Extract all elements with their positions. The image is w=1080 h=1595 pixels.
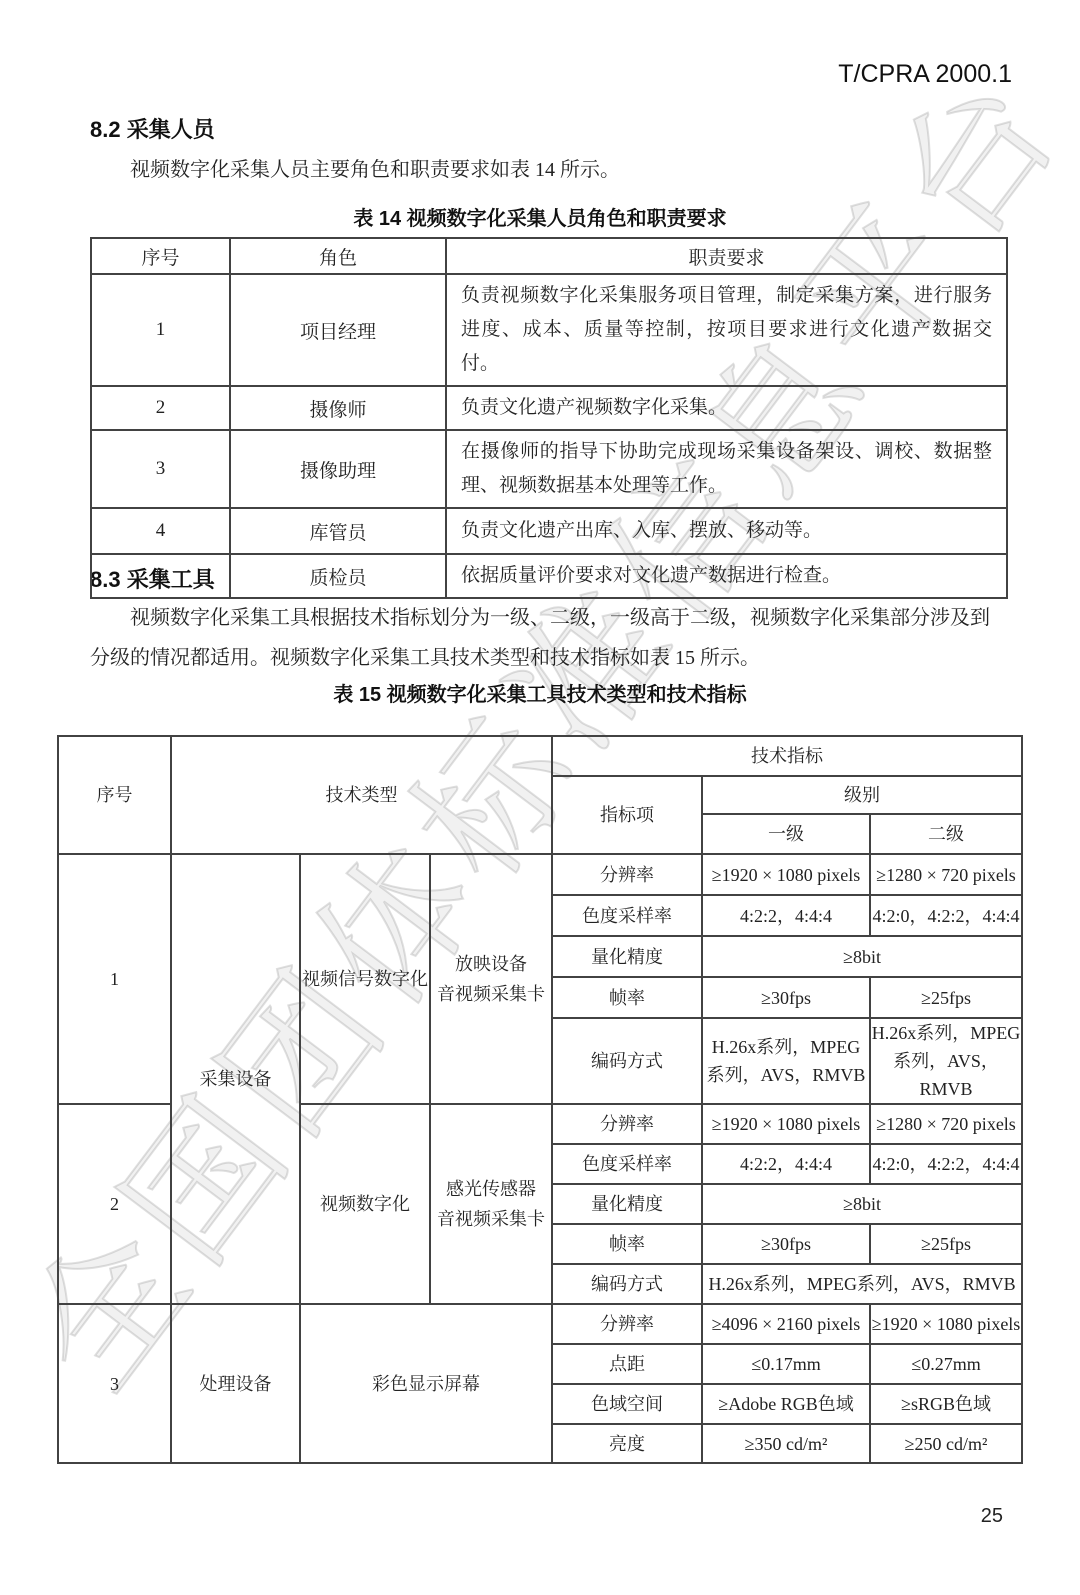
cell-item: 分辨率 [552, 1304, 702, 1344]
cell-level2-value: ≥1920 × 1080 pixels [870, 1304, 1022, 1344]
cell-level2-value: ≥1280 × 720 pixels [870, 854, 1022, 895]
cell-level2-value: ≥25fps [870, 1224, 1022, 1264]
cell-level2-value: 4:2:0，4:2:2，4:4:4 [870, 895, 1022, 936]
device-line-1: 感光传感器 [431, 1174, 551, 1204]
device-line-2: 音视频采集卡 [431, 1204, 551, 1234]
cell-item: 色度采样率 [552, 1144, 702, 1184]
cell-item: 量化精度 [552, 936, 702, 977]
cell-no: 5 [91, 554, 230, 598]
cell-duty: 在摄像师的指导下协助完成现场采集设备架设、调校、数据整理、视频数据基本处理等工作… [446, 430, 1007, 508]
cell-level2-value: ≥250 cd/m² [870, 1424, 1022, 1463]
table-row: 2 摄像师 负责文化遗产视频数字化采集。 [91, 386, 1007, 430]
t15-header-item: 指标项 [552, 776, 702, 854]
cell-role: 质检员 [230, 554, 446, 598]
table-row: 1 采集设备 视频信号数字化 放映设备 音视频采集卡 分辨率 ≥1920 × 1… [58, 854, 1022, 895]
cell-item: 编码方式 [552, 1264, 702, 1304]
cell-no: 2 [58, 1104, 171, 1304]
cell-category: 处理设备 [171, 1304, 300, 1463]
cell-no: 4 [91, 508, 230, 554]
cell-level1-value: ≥Adobe RGB色域 [702, 1384, 870, 1424]
cell-duty: 负责文化遗产出库、入库、摆放、移动等。 [446, 508, 1007, 554]
cell-type: 视频信号数字化 [300, 854, 430, 1104]
cell-level1-value: 4:2:2，4:4:4 [702, 895, 870, 936]
table15-title: 表 15 视频数字化采集工具技术类型和技术指标 [0, 678, 1080, 707]
cell-level1-value: ≥30fps [702, 977, 870, 1018]
cell-level1-value: ≥1920 × 1080 pixels [702, 1104, 870, 1144]
cell-role: 库管员 [230, 508, 446, 554]
cell-level1-value: ≥1920 × 1080 pixels [702, 854, 870, 895]
cell-role: 项目经理 [230, 274, 446, 386]
cell-level1-value: ≥350 cd/m² [702, 1424, 870, 1463]
cell-no: 2 [91, 386, 230, 430]
cell-no: 3 [91, 430, 230, 508]
cell-both-levels-value: ≥8bit [702, 936, 1022, 977]
t15-header-level: 级别 [702, 776, 1022, 814]
cell-item: 分辨率 [552, 1104, 702, 1144]
table-row: 序号 技术类型 技术指标 [58, 736, 1022, 776]
cell-level1-value: H.26x系列，MPEG系列，AVS，RMVB [702, 1018, 870, 1104]
cell-level2-value: 4:2:0，4:2:2，4:4:4 [870, 1144, 1022, 1184]
t14-header-duty: 职责要求 [446, 238, 1007, 274]
section-8-2-paragraph: 视频数字化采集人员主要角色和职责要求如表 14 所示。 [90, 150, 990, 190]
table-row: 5 质检员 依据质量评价要求对文化遗产数据进行检查。 [91, 554, 1007, 598]
cell-level1-value: ≥30fps [702, 1224, 870, 1264]
t14-header-role: 角色 [230, 238, 446, 274]
cell-role: 摄像师 [230, 386, 446, 430]
cell-item: 点距 [552, 1344, 702, 1384]
cell-no: 1 [91, 274, 230, 386]
standard-number-header: T/CPRA 2000.1 [838, 60, 1012, 89]
cell-device: 放映设备 音视频采集卡 [430, 854, 552, 1104]
cell-role: 摄像助理 [230, 430, 446, 508]
cell-level2-value: H.26x系列，MPEG系列，AVS，RMVB [870, 1018, 1022, 1104]
device-line-2: 音视频采集卡 [431, 979, 551, 1009]
table-row: 3 摄像助理 在摄像师的指导下协助完成现场采集设备架设、调校、数据整理、视频数据… [91, 430, 1007, 508]
cell-no: 3 [58, 1304, 171, 1463]
cell-device: 感光传感器 音视频采集卡 [430, 1104, 552, 1304]
table-row: 1 项目经理 负责视频数字化采集服务项目管理，制定采集方案，进行服务进度、成本、… [91, 274, 1007, 386]
cell-item: 帧率 [552, 977, 702, 1018]
t15-header-no: 序号 [58, 736, 171, 854]
cell-item: 色域空间 [552, 1384, 702, 1424]
cell-item: 帧率 [552, 1224, 702, 1264]
cell-level1-value: ≤0.17mm [702, 1344, 870, 1384]
cell-item: 色度采样率 [552, 895, 702, 936]
t15-header-level2: 二级 [870, 814, 1022, 854]
table-row: 序号 角色 职责要求 [91, 238, 1007, 274]
t15-header-type: 技术类型 [171, 736, 552, 854]
cell-type: 视频数字化 [300, 1104, 430, 1304]
document-page: 全国团体标准信息平台 T/CPRA 2000.1 8.2 采集人员 视频数字化采… [0, 0, 1080, 1595]
cell-category: 采集设备 [171, 854, 300, 1304]
section-heading-8-2: 8.2 采集人员 [90, 113, 215, 144]
t14-header-no: 序号 [91, 238, 230, 274]
table-15-tools: 序号 技术类型 技术指标 指标项 级别 一级 二级 1 采集设备 视频信号数字化… [57, 735, 1023, 1464]
device-line-1: 放映设备 [431, 949, 551, 979]
t15-header-level1: 一级 [702, 814, 870, 854]
cell-level2-value: ≥25fps [870, 977, 1022, 1018]
cell-duty: 依据质量评价要求对文化遗产数据进行检查。 [446, 554, 1007, 598]
cell-duty: 负责视频数字化采集服务项目管理，制定采集方案，进行服务进度、成本、质量等控制，按… [446, 274, 1007, 386]
cell-device: 彩色显示屏幕 [300, 1304, 552, 1463]
cell-item: 亮度 [552, 1424, 702, 1463]
cell-item: 量化精度 [552, 1184, 702, 1224]
cell-level2-value: ≥sRGB色域 [870, 1384, 1022, 1424]
table14-title: 表 14 视频数字化采集人员角色和职责要求 [0, 202, 1080, 231]
cell-level1-value: 4:2:2，4:4:4 [702, 1144, 870, 1184]
cell-level1-value: ≥4096 × 2160 pixels [702, 1304, 870, 1344]
table-14-roles: 序号 角色 职责要求 1 项目经理 负责视频数字化采集服务项目管理，制定采集方案… [90, 237, 1008, 599]
cell-both-levels-value: ≥8bit [702, 1184, 1022, 1224]
cell-both-levels-value: H.26x系列，MPEG系列，AVS，RMVB [702, 1264, 1022, 1304]
cell-duty: 负责文化遗产视频数字化采集。 [446, 386, 1007, 430]
cell-item: 分辨率 [552, 854, 702, 895]
table-row: 4 库管员 负责文化遗产出库、入库、摆放、移动等。 [91, 508, 1007, 554]
cell-no: 1 [58, 854, 171, 1104]
section-8-3-paragraph: 视频数字化采集工具根据技术指标划分为一级、二级，一级高于二级，视频数字化采集部分… [90, 598, 990, 678]
cell-item: 编码方式 [552, 1018, 702, 1104]
page-number: 25 [981, 1505, 1003, 1528]
cell-level2-value: ≥1280 × 720 pixels [870, 1104, 1022, 1144]
t15-header-indicator: 技术指标 [552, 736, 1022, 776]
cell-level2-value: ≤0.27mm [870, 1344, 1022, 1384]
table-row: 3 处理设备 彩色显示屏幕 分辨率 ≥4096 × 2160 pixels ≥1… [58, 1304, 1022, 1344]
